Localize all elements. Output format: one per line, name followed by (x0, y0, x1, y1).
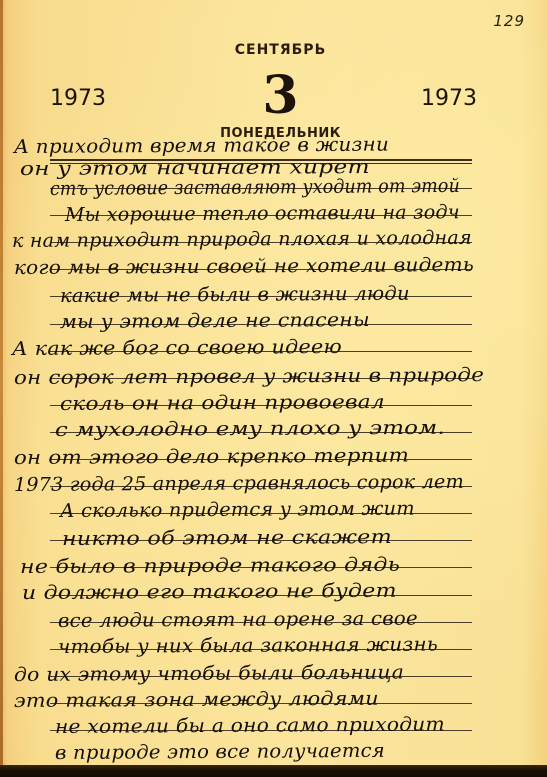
handwritten-line: и должно его такого не будет (22, 580, 397, 604)
handwritten-line: в природе это все получается (55, 740, 385, 764)
handwritten-line: стъ условие заставляют уходит от этой (50, 175, 460, 200)
handwritten-line: он от этого дело крепко терпит (14, 445, 409, 469)
handwritten-line: не было в природе такого дядь (20, 554, 400, 578)
handwritten-line: какие мы не были в жизни люди (60, 283, 410, 307)
page-number: 129 (493, 12, 525, 30)
handwritten-line: все люди стоят на орене за свое (58, 608, 418, 632)
handwritten-line: кого мы в жизни своей не хотели видеть (14, 254, 474, 279)
handwritten-line: А как же бог со своею идеею (12, 336, 342, 360)
handwritten-line: А приходит время такое в жизни (14, 134, 389, 158)
handwritten-line: до их этому чтобы были больница (14, 661, 404, 686)
handwritten-line: мы у этом деле не спасены (60, 309, 370, 333)
handwritten-line: сколь он на один провоевал (60, 391, 385, 415)
handwritten-line: с мухолодно ему плохо у этом. (55, 417, 445, 441)
month-heading: СЕНТЯБРЬ (0, 42, 547, 58)
handwritten-line: к нам приходит природа плохая и холодная (12, 227, 472, 252)
handwritten-line: 1973 года 25 апреля сравнялось сорок лет (14, 471, 464, 496)
handwritten-line: не хотели бы а оно само приходит (55, 713, 445, 738)
handwritten-line: Мы хорошие тепло оставили на зодч (65, 201, 460, 226)
diary-page: 129 СЕНТЯБРЬ 1973 3 1973 ПОНЕДЕЛЬНИК А п… (0, 0, 547, 777)
handwritten-line: чтобы у них была законная жизнь (58, 633, 438, 658)
handwritten-line: А сколько придется у этом жит (60, 498, 415, 522)
handwritten-line: он сорок лет провел у жизни в природе (14, 364, 484, 389)
page-bottom-edge (0, 765, 547, 777)
year-right: 1973 (421, 86, 477, 111)
handwritten-line: это такая зона между людями (14, 688, 379, 712)
handwritten-line: никто об этом не скажет (62, 526, 392, 550)
